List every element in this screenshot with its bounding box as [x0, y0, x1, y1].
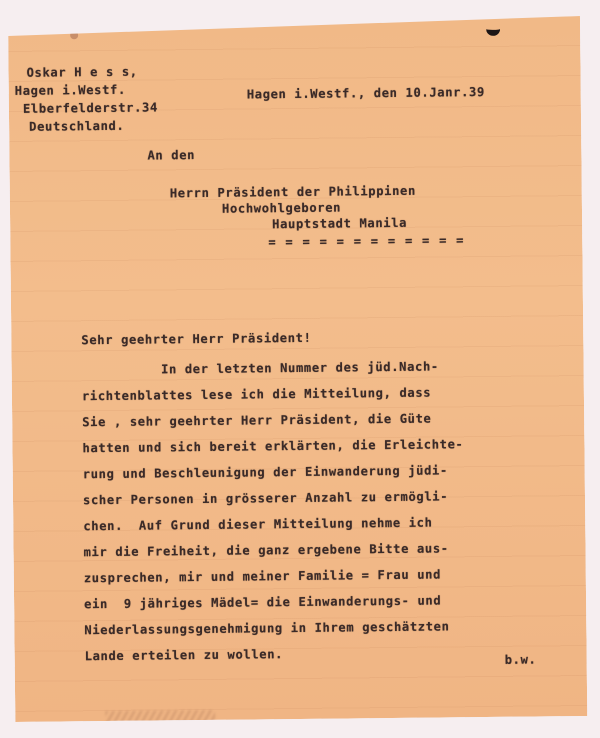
body-line: chen. Auf Grund dieser Mitteilung nehme … — [83, 516, 432, 534]
recipient-line1: Herrn Präsident der Philippinen — [170, 184, 416, 201]
salutation: Sehr geehrter Herr Präsident! — [81, 331, 311, 347]
sender-city: Hagen i.Westf. — [15, 83, 126, 98]
body-line: zusprechen, mir und meiner Familie = Fra… — [84, 567, 441, 585]
body-line: richtenblattes lese ich die Mitteilung, … — [82, 386, 431, 404]
body-line: Lande erteilen zu wollen. — [85, 647, 284, 663]
body-line: rung und Beschleunigung der Einwanderung… — [83, 463, 448, 481]
body-line: Sie , sehr geehrter Herr Präsident, die … — [82, 412, 431, 430]
body-line: ein 9 jähriges Mädel= die Einwanderungs-… — [84, 593, 441, 611]
recipient-prefix: An den — [147, 148, 195, 162]
body-line: hatten und sich bereit erklärten, die Er… — [82, 437, 463, 455]
ink-smudge — [105, 710, 215, 729]
recipient-underline: = = = = = = = = = = = = — [268, 233, 465, 249]
sender-name: Oskar H e s s, — [26, 65, 137, 80]
body-line: scher Personen in grösserer Anzahl zu er… — [83, 489, 448, 507]
body-line: mir die Freiheit, die ganz ergebene Bitt… — [83, 541, 448, 559]
recipient-line3: Hauptstadt Manila — [272, 216, 407, 231]
page-turn-note: b.w. — [505, 653, 537, 667]
recipient-line2: Hochwohlgeboren — [222, 201, 341, 216]
letter-page: Oskar H e s s, Hagen i.Westf. Elberfelde… — [8, 16, 587, 722]
sender-country: Deutschland. — [29, 119, 124, 134]
punch-hole-mark — [486, 21, 500, 36]
sender-street: Elberfelderstr.34 — [23, 100, 158, 115]
body-line: Niederlassungsgenehmigung in Ihrem gesch… — [84, 619, 449, 637]
body-line: In der letzten Nummer des jüd.Nach- — [82, 360, 439, 378]
stain-mark — [70, 31, 78, 39]
place-date: Hagen i.Westf., den 10.Janr.39 — [247, 85, 485, 101]
